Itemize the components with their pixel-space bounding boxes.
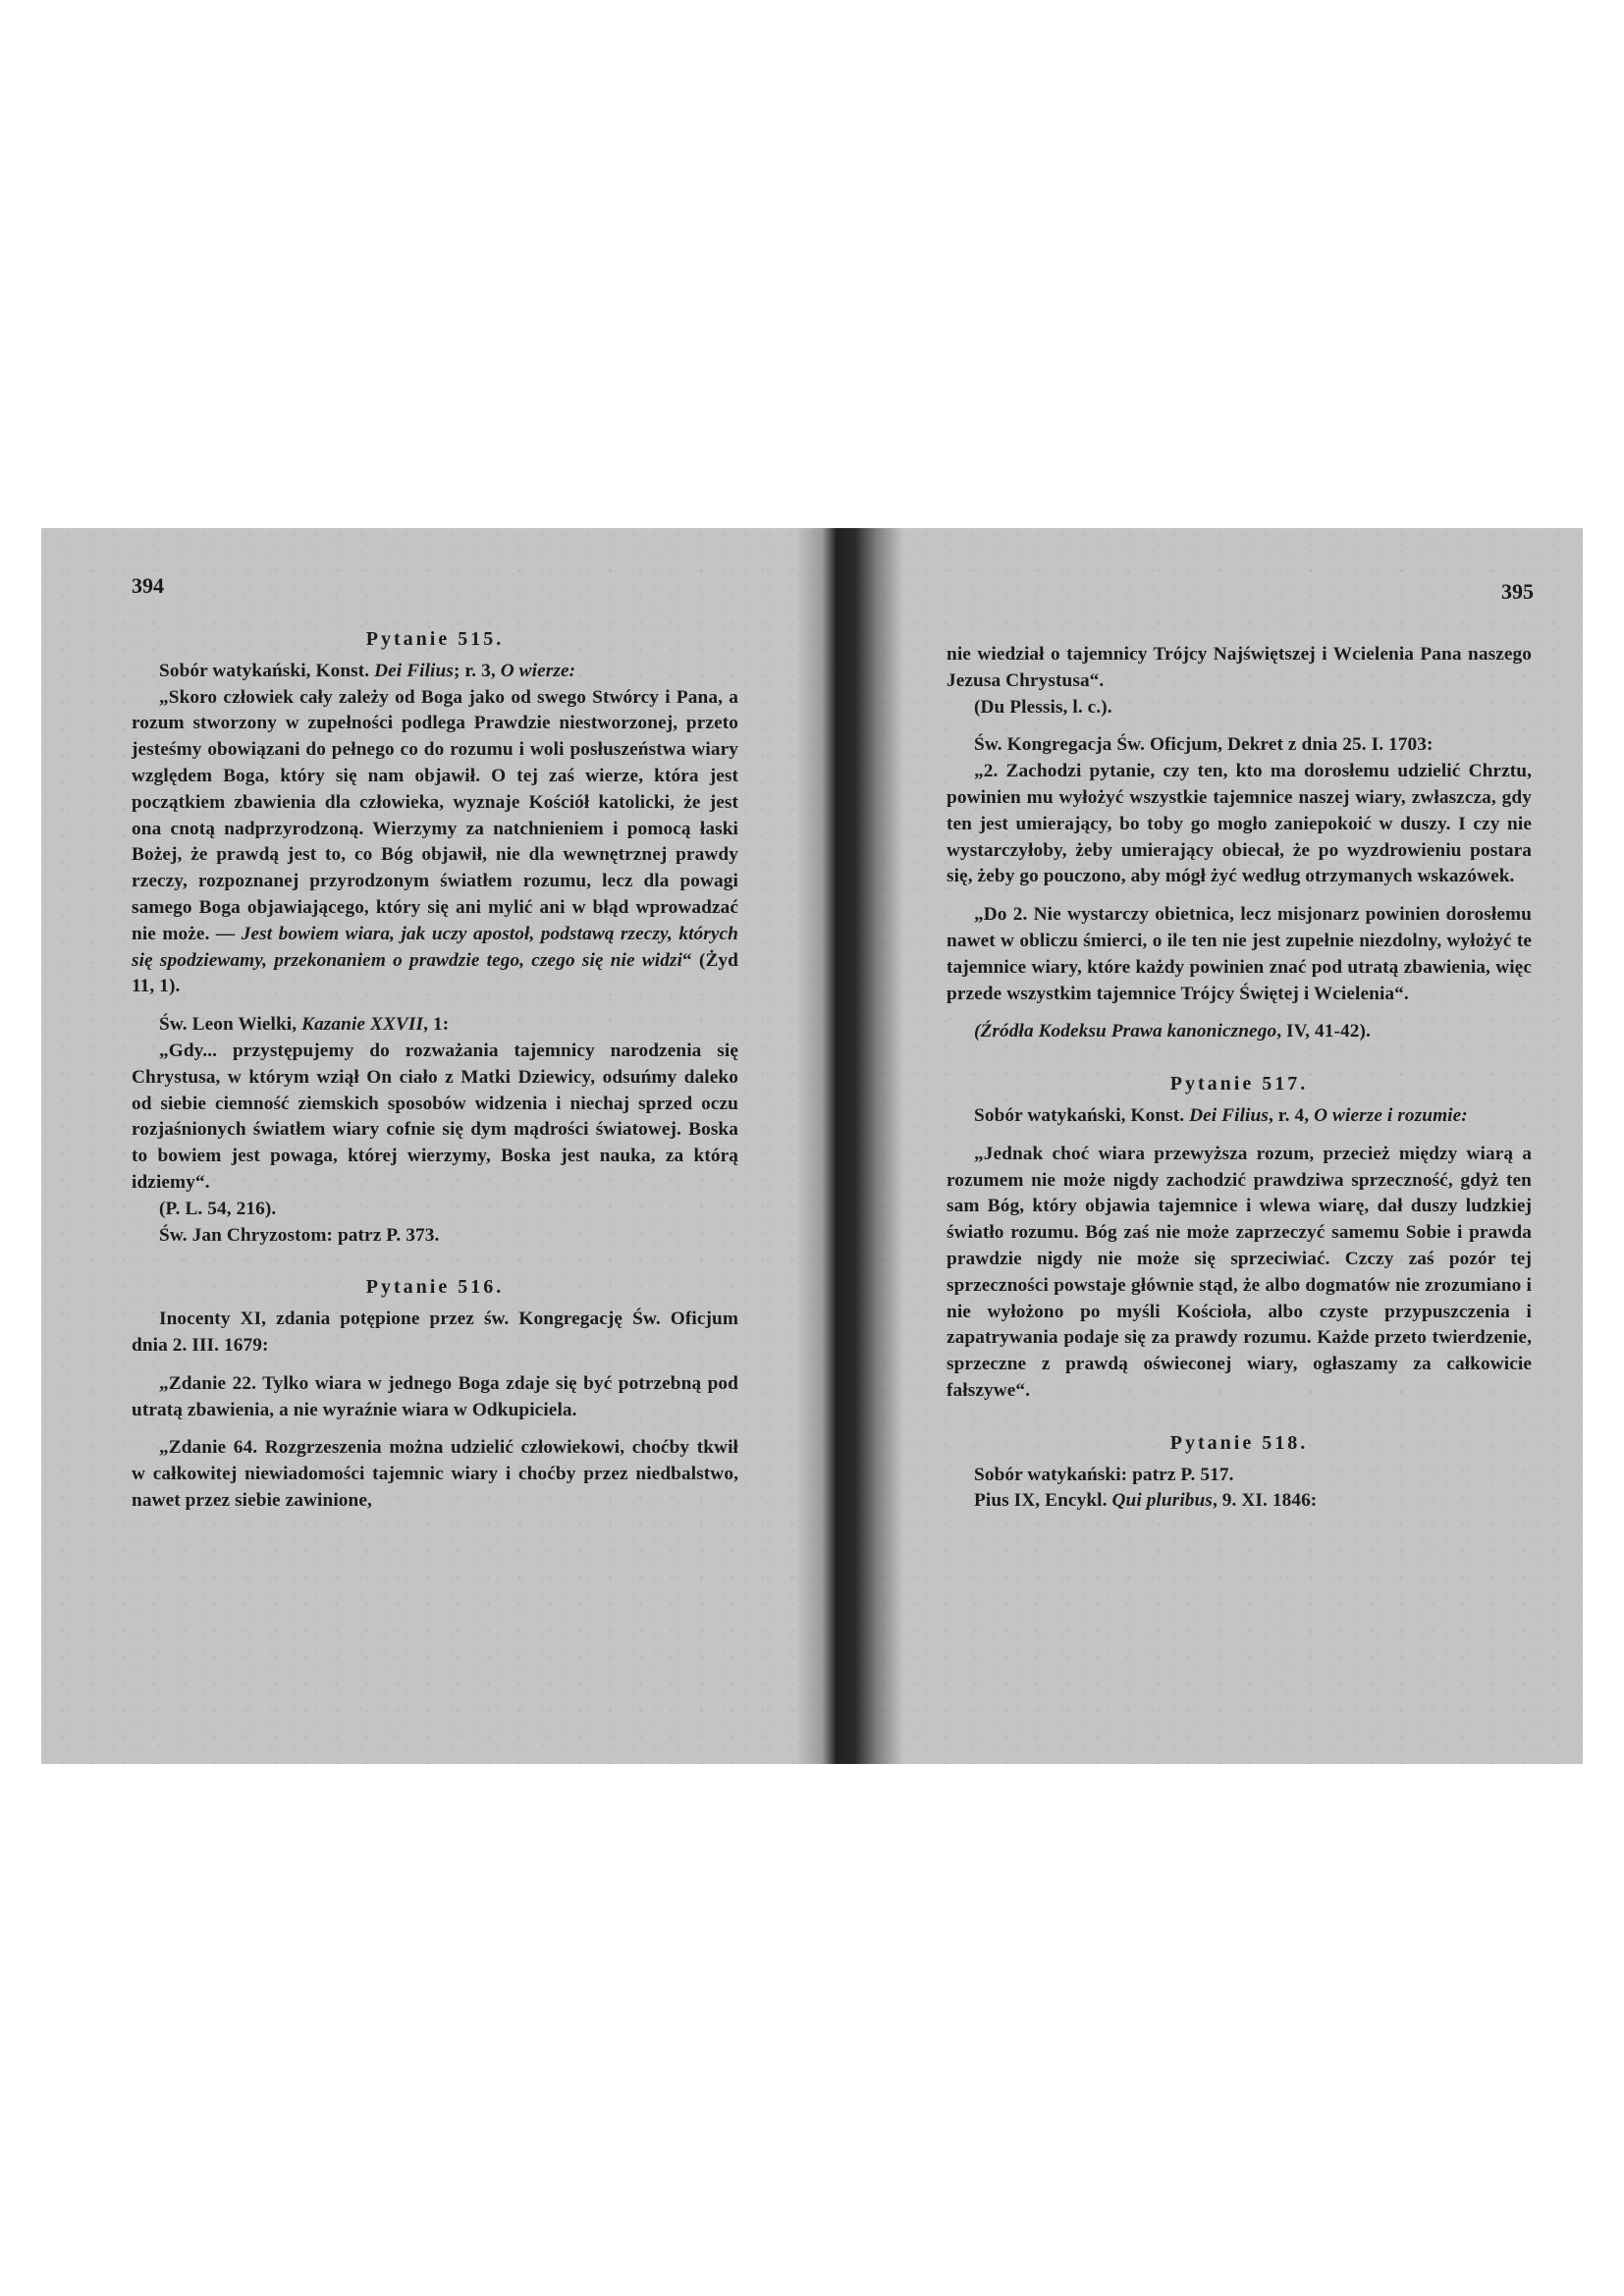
quote-paragraph: „Do 2. Nie wystarczy obietnica, lecz mis… xyxy=(947,902,1532,1007)
quote-paragraph: „Jednak choć wiara przewyższa rozum, prz… xyxy=(947,1142,1532,1405)
left-page: 394 Pytanie 515. Sobór watykański, Konst… xyxy=(41,528,807,1764)
citation-title: Dei Filius xyxy=(1189,1105,1269,1126)
citation-title: Dei Filius xyxy=(374,661,454,681)
section-heading: Pytanie 518. xyxy=(947,1430,1532,1457)
citation-text: ; r. 3, xyxy=(454,661,501,681)
source-citation: Pius IX, Encykl. Qui pluribus, 9. XI. 18… xyxy=(947,1488,1532,1515)
quote-paragraph: „Zdanie 64. Rozgrzeszenia można udzielić… xyxy=(132,1435,738,1514)
quote-text: „Skoro człowiek cały zależy od Boga jako… xyxy=(132,687,738,944)
reference-title: (Źródła Kodeksu Prawa kanonicznego xyxy=(974,1021,1276,1041)
citation-text: , r. 4, xyxy=(1269,1105,1314,1126)
right-page: 395 nie wiedział o tajemnicy Trójcy Najś… xyxy=(895,528,1583,1764)
source-citation: Inocenty XI, zdania potępione przez św. … xyxy=(132,1307,738,1360)
text-column: nie wiedział o tajemnicy Trójcy Najświęt… xyxy=(947,642,1532,1515)
cross-reference: Sobór watykański: patrz P. 517. xyxy=(947,1463,1532,1489)
quote-paragraph: „Zdanie 22. Tylko wiara w jednego Boga z… xyxy=(132,1371,738,1424)
citation-text: Sobór watykański, Konst. xyxy=(159,661,374,681)
page-number: 394 xyxy=(132,573,164,599)
text-column: Pytanie 515. Sobór watykański, Konst. De… xyxy=(132,626,738,1515)
reference: (P. L. 54, 216). xyxy=(132,1197,738,1223)
quote-paragraph: „Gdy... przystępujemy do rozważania taje… xyxy=(132,1039,738,1197)
quote-paragraph: „Skoro człowiek cały zależy od Boga jako… xyxy=(132,685,738,1001)
source-citation: Św. Kongregacja Św. Oficjum, Dekret z dn… xyxy=(947,732,1532,759)
reference-text: , IV, 41-42). xyxy=(1276,1021,1371,1041)
section-heading: Pytanie 517. xyxy=(947,1071,1532,1097)
quote-continuation: nie wiedział o tajemnicy Trójcy Najświęt… xyxy=(947,642,1532,695)
citation-text: , 1: xyxy=(423,1014,449,1035)
cross-reference: Św. Jan Chryzostom: patrz P. 373. xyxy=(132,1223,738,1250)
citation-title: O wierze: xyxy=(501,661,575,681)
book-gutter xyxy=(795,528,903,1764)
book-scan: 394 Pytanie 515. Sobór watykański, Konst… xyxy=(41,528,1583,1764)
quote-paragraph: „2. Zachodzi pytanie, czy ten, kto ma do… xyxy=(947,759,1532,890)
citation-title: Kazanie XXVII xyxy=(301,1014,423,1035)
citation-text: , 9. XI. 1846: xyxy=(1213,1490,1317,1511)
citation-title: O wierze i rozumie: xyxy=(1314,1105,1468,1126)
citation-text: Pius IX, Encykl. xyxy=(974,1490,1111,1511)
reference: (Du Plessis, l. c.). xyxy=(947,695,1532,721)
page-number: 395 xyxy=(1501,579,1534,605)
source-citation: Sobór watykański, Konst. Dei Filius, r. … xyxy=(947,1103,1532,1130)
citation-text: Św. Leon Wielki, xyxy=(159,1014,301,1035)
citation-text: Sobór watykański, Konst. xyxy=(974,1105,1189,1126)
citation-title: Qui pluribus xyxy=(1111,1490,1212,1511)
source-citation: Św. Leon Wielki, Kazanie XXVII, 1: xyxy=(132,1012,738,1039)
section-heading: Pytanie 515. xyxy=(132,626,738,653)
reference: (Źródła Kodeksu Prawa kanonicznego, IV, … xyxy=(947,1019,1532,1045)
source-citation: Sobór watykański, Konst. Dei Filius; r. … xyxy=(132,659,738,685)
section-heading: Pytanie 516. xyxy=(132,1274,738,1301)
